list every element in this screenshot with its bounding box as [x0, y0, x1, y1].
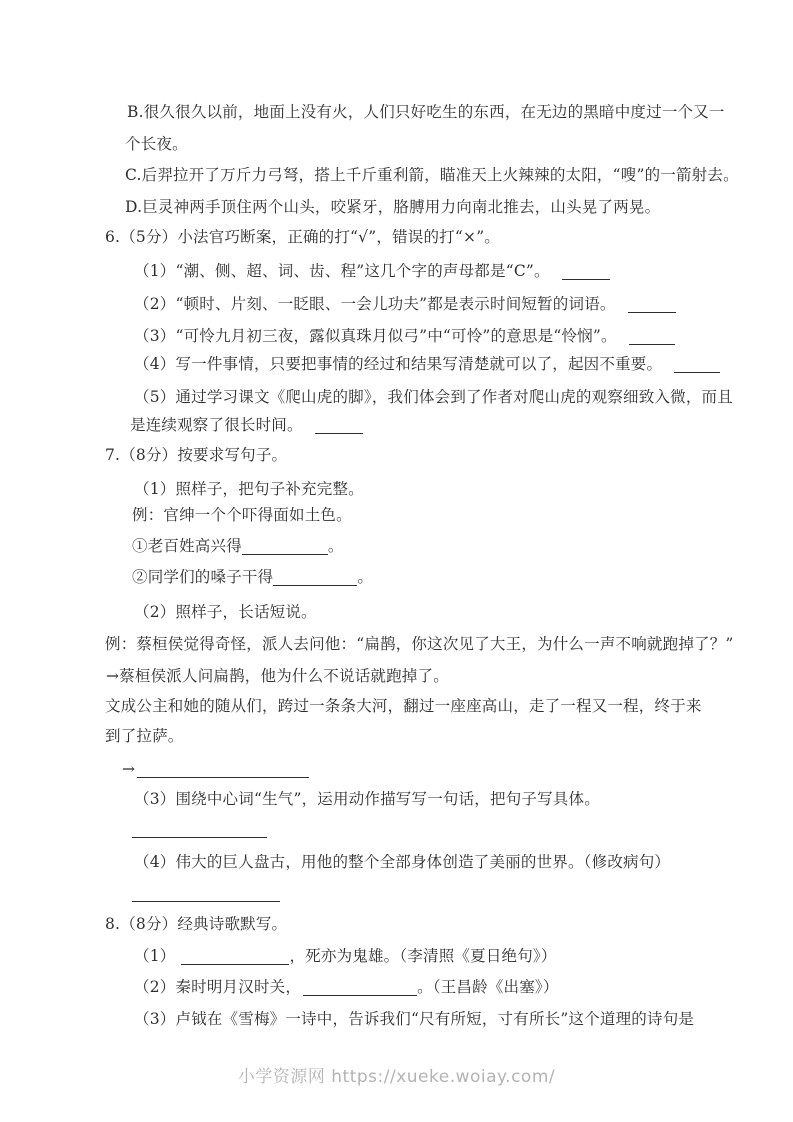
option-b-line-1: B.很久很久以前，地面上没有火，人们只好吃生的东西，在无边的黑暗中度过一个又一	[127, 103, 725, 121]
q6-header: 6.（5分）小法官巧断案，正确的打“√”，错误的打“×”。	[105, 228, 500, 246]
q6-item-4: （4）写一件事情，只要把事情的经过和结果写清楚就可以了，起因不重要。	[134, 355, 720, 373]
q7-sub-2: ②同学们的嗓子干得。	[132, 568, 373, 586]
text-run: （5）通过学习课文《爬山虎的脚》，我们体会到了作者对爬山虎的观察细致入微，而且	[134, 388, 733, 406]
q7-answer-arrow: →	[122, 760, 309, 778]
answer-blank	[181, 952, 289, 965]
text-run: （3）卢钺在《雪梅》一诗中，告诉我们“尺有所短，寸有所长”这个道理的诗句是	[134, 1010, 694, 1028]
text-run: 到了拉萨。	[105, 727, 184, 745]
text-run: （3）围绕中心词“生气”，运用动作描写写一句话，把句子写具体。	[134, 790, 600, 808]
text-run: 是连续观察了很长时间。	[130, 416, 303, 434]
text-run: →蔡桓侯派人问扁鹊，他为什么不说话就跑掉了。	[106, 667, 449, 685]
q8-item-3: （3）卢钺在《雪梅》一诗中，告诉我们“尺有所短，寸有所长”这个道理的诗句是	[134, 1010, 694, 1028]
text-run: 。	[357, 568, 373, 586]
text-run: ①老百姓高兴得	[132, 537, 242, 555]
exam-page: B.很久很久以前，地面上没有火，人们只好吃生的东西，在无边的黑暗中度过一个又一个…	[0, 0, 793, 1122]
text-run: （3）“可怜九月初三夜，露似真珠月似弓”中“可怜”的意思是“怜悯”。	[134, 327, 617, 345]
text-run: ，死亦为鬼雄。（李清照《夏日绝句》）	[289, 947, 556, 965]
q8-item-1: （1），死亦为鬼雄。（李清照《夏日绝句》）	[134, 947, 557, 965]
q7-example-1: 例：官绅一个个吓得面如土色。	[132, 506, 352, 524]
q7-answer-blank-2	[132, 884, 280, 902]
answer-blank	[303, 983, 417, 996]
q7-item-3: （3）围绕中心词“生气”，运用动作描写写一句话，把句子写具体。	[134, 790, 600, 808]
q6-item-2: （2）“顿时、片刻、一眨眼、一会儿功夫”都是表示时间短暂的词语。	[134, 295, 676, 313]
text-run: B.很久很久以前，地面上没有火，人们只好吃生的东西，在无边的黑暗中度过一个又一	[127, 103, 725, 121]
answer-blank	[273, 573, 357, 586]
text-run: D.巨灵神两手顶住两个山头，咬紧牙，胳膊用力向南北推去，山头晃了两晃。	[125, 198, 660, 216]
text-run: （1）照样子，把句子补充完整。	[134, 480, 364, 498]
text-run: 个长夜。	[125, 135, 188, 153]
q7-header: 7.（8分）按要求写句子。	[105, 446, 287, 464]
text-run: 文成公主和她的随从们，跨过一条条大河，翻过一座座高山，走了一程又一程，终于来	[105, 697, 702, 715]
q7-example-2: 例：蔡桓侯觉得奇怪，派人去问他：“扁鹊，你这次见了大王，为什么一声不响就跑掉了？…	[105, 635, 734, 653]
q7-sentence-line-1: 文成公主和她的随从们，跨过一条条大河，翻过一座座高山，走了一程又一程，终于来	[105, 697, 702, 715]
q6-item-1: （1）“潮、侧、超、词、齿、程”这几个字的声母都是“C”。	[134, 262, 610, 280]
footer-watermark: 小学资源网 https://xueke.woiay.com/	[0, 1062, 793, 1087]
text-run: 。	[328, 537, 344, 555]
text-run: ②同学们的嗓子干得	[132, 568, 273, 586]
answer-blank	[674, 360, 720, 373]
q7-item-4: （4）伟大的巨人盘古，用他的整个全部身体创造了美丽的世界。（修改病句）	[134, 853, 670, 871]
text-run: （1）	[134, 947, 175, 965]
q6-item-3: （3）“可怜九月初三夜，露似真珠月似弓”中“可怜”的意思是“怜悯”。	[134, 327, 675, 345]
q7-example-2-answer: →蔡桓侯派人问扁鹊，他为什么不说话就跑掉了。	[106, 667, 449, 685]
text-run: 例：蔡桓侯觉得奇怪，派人去问他：“扁鹊，你这次见了大王，为什么一声不响就跑掉了？…	[105, 635, 734, 653]
q7-item-1: （1）照样子，把句子补充完整。	[134, 480, 364, 498]
q6-item-5-line-1: （5）通过学习课文《爬山虎的脚》，我们体会到了作者对爬山虎的观察细致入微，而且	[134, 388, 733, 406]
text-run: （1）“潮、侧、超、词、齿、程”这几个字的声母都是“C”。	[134, 262, 550, 280]
q7-item-2: （2）照样子，长话短说。	[134, 603, 317, 621]
answer-blank	[242, 542, 328, 555]
answer-blank	[132, 889, 280, 902]
text-run: 8.（8分）经典诗歌默写。	[105, 915, 287, 933]
text-run: 7.（8分）按要求写句子。	[105, 446, 287, 464]
option-b-line-2: 个长夜。	[125, 135, 188, 153]
text-run: 6.（5分）小法官巧断案，正确的打“√”，错误的打“×”。	[105, 228, 500, 246]
text-run: （2）秦时明月汉时关，	[134, 978, 301, 996]
answer-blank	[315, 421, 363, 434]
text-run: （4）伟大的巨人盘古，用他的整个全部身体创造了美丽的世界。（修改病句）	[134, 853, 670, 871]
q6-item-5-line-2: 是连续观察了很长时间。	[130, 416, 363, 434]
answer-blank	[137, 765, 309, 778]
text-run: C.后羿拉开了万斤力弓弩，搭上千斤重利箭，瞄准天上火辣辣的太阳，“嗖”的一箭射去…	[125, 166, 739, 184]
answer-blank	[562, 267, 610, 280]
answer-blank	[132, 825, 267, 838]
text-run: （4）写一件事情，只要把事情的经过和结果写清楚就可以了，起因不重要。	[134, 355, 662, 373]
q7-sub-1: ①老百姓高兴得。	[132, 537, 344, 555]
text-run: （2）“顿时、片刻、一眨眼、一会儿功夫”都是表示时间短暂的词语。	[134, 295, 616, 313]
q8-item-2: （2）秦时明月汉时关，。（王昌龄《出塞》）	[134, 978, 559, 996]
answer-blank	[628, 300, 676, 313]
text-run: 例：官绅一个个吓得面如土色。	[132, 506, 352, 524]
option-d: D.巨灵神两手顶住两个山头，咬紧牙，胳膊用力向南北推去，山头晃了两晃。	[125, 198, 660, 216]
answer-blank	[629, 332, 675, 345]
text-run: （2）照样子，长话短说。	[134, 603, 317, 621]
text-run: 。（王昌龄《出塞》）	[417, 978, 559, 996]
q7-answer-blank-1	[132, 820, 267, 838]
q7-sentence-line-2: 到了拉萨。	[105, 727, 184, 745]
text-run: →	[122, 760, 135, 778]
option-c: C.后羿拉开了万斤力弓弩，搭上千斤重利箭，瞄准天上火辣辣的太阳，“嗖”的一箭射去…	[125, 166, 739, 184]
q8-header: 8.（8分）经典诗歌默写。	[105, 915, 287, 933]
